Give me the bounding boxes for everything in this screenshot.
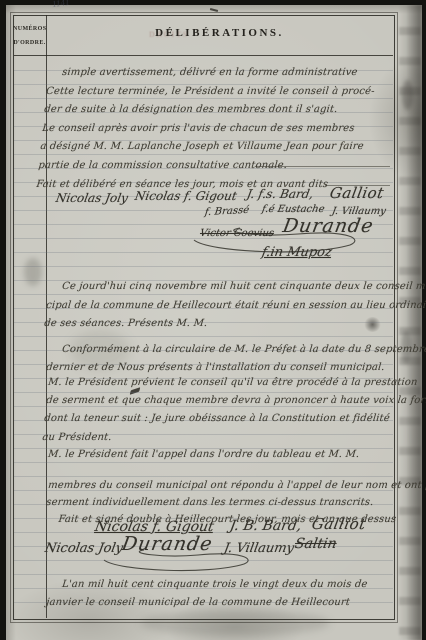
handwritten-line: de serment et que chaque membre devra à … [45, 392, 393, 410]
handwritten-line: L'an mil huit cent cinquante trois le vi… [47, 576, 395, 594]
handwritten-line: de ses séances. Présents M. M. [43, 315, 391, 334]
handwritten-line: serment individuellement dans les termes… [45, 494, 393, 511]
handwritten-line: janvier le conseil municipal de la commu… [45, 594, 393, 612]
handwritten-line: simple avertissement, délivré en la form… [47, 64, 395, 83]
signature-bard: J. f.s. Bard, [246, 187, 315, 201]
handwritten-line: Ce jourd'hui cinq novembre mil huit cent… [47, 278, 395, 297]
signature-mupoz: f.in Mupoz [261, 245, 333, 260]
handwritten-line: der de suite à la désignation des membre… [43, 101, 391, 120]
order-column-header-line1: NUMÉROS [13, 26, 46, 32]
handwritten-line: Le conseil après avoir pris l'avis de ch… [41, 120, 389, 139]
handwritten-line: M. le Président prévient le conseil qu'i… [47, 374, 395, 392]
signature-nicolas-gigout: Nicolas f. Gigout [134, 189, 238, 203]
filler-rule [255, 166, 390, 167]
handwritten-line: Cette lecture terminée, le Président a i… [45, 83, 393, 102]
handwritten-line: au Président. [41, 429, 389, 447]
handwritten-line: Conformément à la circulaire de M. le Pr… [47, 341, 395, 359]
edge-stain [402, 80, 413, 110]
signature-saltin: Saltin [294, 536, 338, 552]
signature-eustache: f.é Eustache [261, 204, 325, 215]
signature-bard-2: J. B. Bard, [229, 518, 303, 534]
signature-galliot-2: Galliot [310, 515, 367, 533]
paragraph-4: M. le Président prévient le conseil qu'i… [41, 374, 395, 447]
scanned-register-photo: 1141 NUMÉROS D'ORDRE. DROITS DÉLIBÉRATIO… [0, 0, 426, 640]
handwritten-line: M. le Président fait l'appel dans l'ordr… [47, 446, 395, 464]
paragraph-5: M. le Président fait l'appel dans l'ordr… [47, 446, 395, 464]
handwritten-line: cipal de la commune de Heillecourt était… [45, 297, 393, 316]
paragraph-2: Ce jourd'hui cinq novembre mil huit cent… [43, 278, 395, 334]
paragraph-1: simple avertissement, délivré en la form… [35, 64, 395, 194]
page-title: DÉLIBÉRATIONS. [46, 27, 393, 39]
header-divider [14, 55, 393, 56]
signature-galliot: Galliot [328, 184, 385, 202]
paragraph-3: Conformément à la circulaire de M. le Pr… [45, 341, 395, 377]
handwritten-line: dont la teneur suit : Je jure obéissance… [43, 410, 391, 428]
handwritten-line: membres du conseil municipal ont répondu… [47, 477, 395, 494]
paragraph-7: L'an mil huit cent cinquante trois le vi… [45, 576, 395, 612]
signature-villaume-2: J. Villaumy [223, 541, 296, 556]
handwritten-line: a désigné M. M. Laplanche Joseph et Vill… [39, 138, 387, 157]
order-column-header-line2: D'ORDRE. [13, 40, 46, 46]
signature-nicolas-joly: Nicolas Joly [55, 191, 129, 205]
